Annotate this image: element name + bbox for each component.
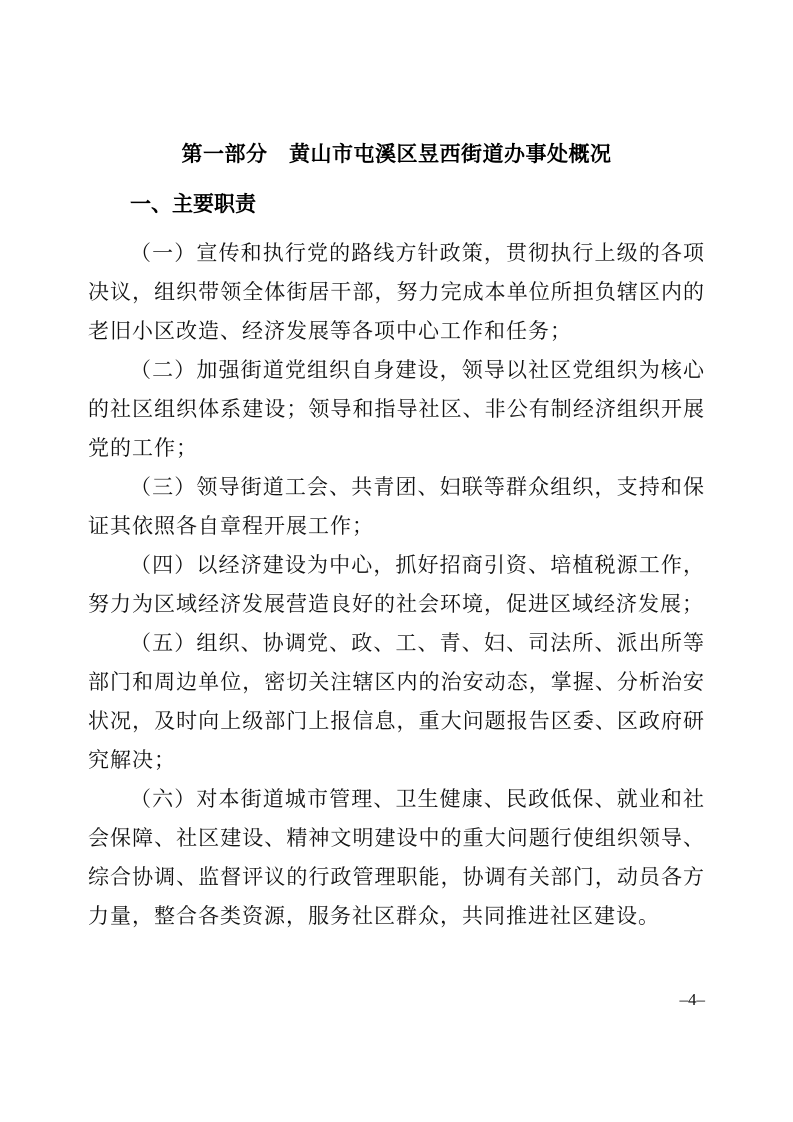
paragraph-duty-2: （二）加强街道党组织自身建设，领导以社区党组织为核心的社区组织体系建设；领导和指… xyxy=(88,351,705,468)
document-page: 第一部分 黄山市屯溪区昱西街道办事处概况 一、主要职责 （一）宣传和执行党的路线… xyxy=(0,0,793,1122)
document-body: （一）宣传和执行党的路线方针政策，贯彻执行上级的各项决议，组织带领全体街居干部，… xyxy=(88,234,705,936)
paragraph-duty-5: （五）组织、协调党、政、工、青、妇、司法所、派出所等部门和周边单位，密切关注辖区… xyxy=(88,624,705,780)
paragraph-duty-3: （三）领导街道工会、共青团、妇联等群众组织，支持和保证其依照各自章程开展工作； xyxy=(88,468,705,546)
paragraph-duty-4: （四）以经济建设为中心，抓好招商引资、培植税源工作，努力为区域经济发展营造良好的… xyxy=(88,546,705,624)
page-number: –4– xyxy=(680,990,706,1010)
paragraph-duty-1: （一）宣传和执行党的路线方针政策，贯彻执行上级的各项决议，组织带领全体街居干部，… xyxy=(88,234,705,351)
document-title: 第一部分 黄山市屯溪区昱西街道办事处概况 xyxy=(88,140,705,170)
section-heading-main-duties: 一、主要职责 xyxy=(88,190,705,220)
paragraph-duty-6: （六）对本街道城市管理、卫生健康、民政低保、就业和社会保障、社区建设、精神文明建… xyxy=(88,780,705,936)
